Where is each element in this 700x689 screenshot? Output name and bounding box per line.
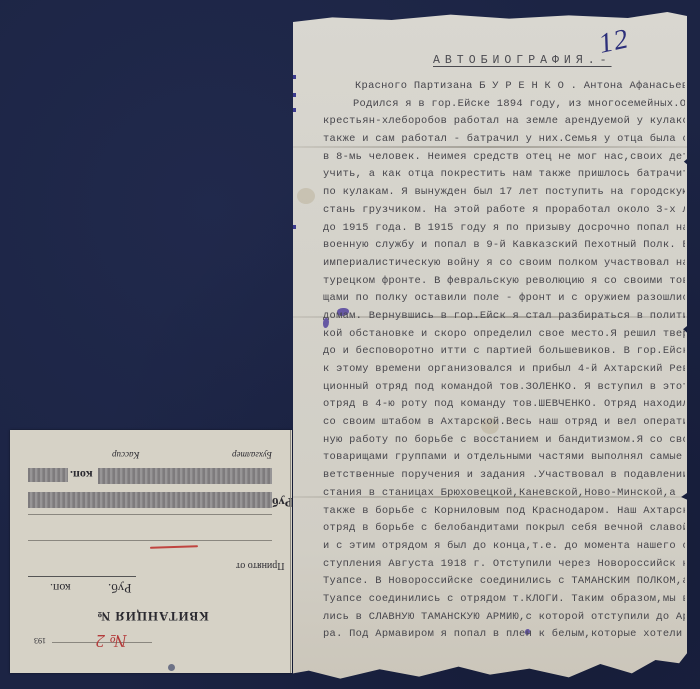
- typewritten-body: Красного Партизана Б У Р Е Н К О . Антон…: [323, 78, 685, 644]
- text-line: домам. Вернувшись в гор.Ейск я стал разб…: [323, 308, 685, 326]
- text-line: ветственные поручения и задания .Участво…: [323, 467, 685, 485]
- rub-label-bottom: Руб.: [108, 580, 131, 596]
- accountant-label: Бухгалтер: [232, 450, 272, 460]
- text-line: стань грузчиком. На этой работе я прораб…: [323, 202, 685, 220]
- binding-mark: [293, 108, 296, 112]
- binding-mark: [293, 75, 296, 79]
- autobiography-page: 12 АВТОБИОГРАФИЯ.- Красного Партизана Б …: [293, 12, 687, 680]
- text-line: также и сам работал - батрачил у них.Сем…: [323, 131, 685, 149]
- text-line: империалистическую войну я со своим полк…: [323, 255, 685, 273]
- text-line: ступления Августа 1918 г. Отступили чере…: [323, 556, 685, 574]
- text-line: учить, а как отца покрестить нам также п…: [323, 166, 685, 184]
- redacted-field: [28, 468, 68, 482]
- cashier-label: Кассир: [112, 450, 139, 460]
- text-line: Туапсе соединились с отрядом т.КЛОГИ. Та…: [323, 591, 685, 609]
- text-line: ра. Под Армавиром я попал в плен к белым…: [323, 626, 685, 644]
- form-line: [28, 514, 272, 515]
- text-line: до 1915 года. В 1915 году я по призыву д…: [323, 220, 685, 238]
- text-line: Родился я в гор.Ейске 1894 году, из мног…: [323, 96, 685, 114]
- text-line: по кулакам. Я вынужден был 17 лет поступ…: [323, 184, 685, 202]
- text-line: также в борьбе с Корниловым под Краснода…: [323, 503, 685, 521]
- kop-label-bottom: коп.: [50, 580, 71, 595]
- text-line: отряд в борьбе с белобандитами покрыл се…: [323, 520, 685, 538]
- form-line: [28, 576, 136, 577]
- text-line: ционный отряд под командой тов.ЗОЛЕНКО. …: [323, 379, 685, 397]
- form-line: [28, 540, 272, 541]
- text-line: Туапсе. В Новороссийске соединились с ТА…: [323, 573, 685, 591]
- document-title: АВТОБИОГРАФИЯ.-: [433, 54, 612, 67]
- text-line: отряд в 4-ю роту под команду тов.ШЕВЧЕНК…: [323, 396, 685, 414]
- red-handwritten-number: № 2: [96, 630, 126, 651]
- edge-line: [290, 430, 291, 673]
- redacted-field: [98, 468, 272, 484]
- text-line: ную работу по борьбе с восстанием и банд…: [323, 432, 685, 450]
- text-line: в 8-мь человек. Неимея средств отец не м…: [323, 149, 685, 167]
- binding-mark: [293, 93, 296, 97]
- text-line: стания в станицах Брюховецкой,Каневской,…: [323, 485, 685, 503]
- text-line: товарищами группами и отдельными частями…: [323, 449, 685, 467]
- text-line: и с этим отрядом я был до конца,т.е. до …: [323, 538, 685, 556]
- red-signature-mark: [150, 545, 198, 549]
- text-line: щами по полку оставили поле - фронт и с …: [323, 290, 685, 308]
- redacted-field: [28, 492, 272, 508]
- year-label: 193: [34, 636, 46, 645]
- ink-spot: [168, 664, 175, 671]
- text-line: военную службу и попал в 9-й Кавказский …: [323, 237, 685, 255]
- text-line: со своим штабом в Ахтарской.Весь наш отр…: [323, 414, 685, 432]
- receipt-slip: Бухгалтер Кассир коп. Руб Принято от Руб…: [10, 430, 292, 673]
- text-line: турецком фронте. В февральскую революцию…: [323, 273, 685, 291]
- text-line: крестьян-хлеборобов работал на земле аре…: [323, 113, 685, 131]
- text-line: к этому времени организовался и прибыл 4…: [323, 361, 685, 379]
- paper-stain: [297, 188, 315, 204]
- text-line: лись в СЛАВНУЮ ТАМАНСКУЮ АРМИЮ,с которой…: [323, 609, 685, 627]
- kop-label-top: коп.: [70, 467, 93, 482]
- received-from-label: Принято от: [236, 560, 285, 571]
- binding-mark: [293, 225, 296, 229]
- receipt-title: КВИТАНЦИЯ №: [96, 608, 209, 624]
- text-line: до и бесповоротно итти с партией большев…: [323, 343, 685, 361]
- text-line: Красного Партизана Б У Р Е Н К О . Антон…: [323, 78, 685, 96]
- text-line: кой обстановке и скоро определил свое ме…: [323, 326, 685, 344]
